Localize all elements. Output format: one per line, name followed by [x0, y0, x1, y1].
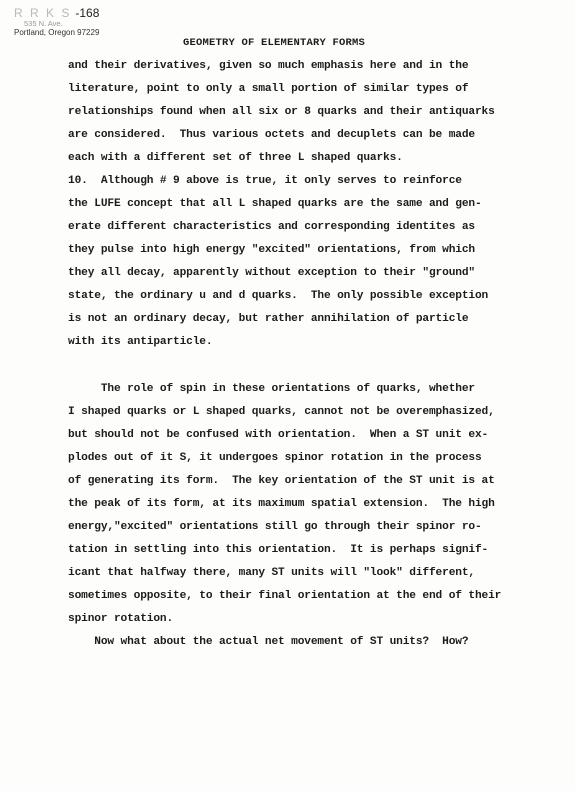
text-line: The role of spin in these orientations o… [68, 383, 475, 395]
text-line: erate different characteristics and corr… [68, 221, 475, 233]
text-line: sometimes opposite, to their final orien… [68, 590, 501, 602]
text-line: the peak of its form, at its maximum spa… [68, 498, 495, 510]
address-stamp: R R K S-168 535 N. Ave. Portland, Oregon… [14, 6, 99, 37]
stamp-line-1: R R K S-168 [14, 6, 99, 20]
text-line: they all decay, apparently without excep… [68, 267, 475, 279]
text-line: relationships found when all six or 8 qu… [68, 106, 495, 118]
stamp-line-2: 535 N. Ave. [14, 19, 99, 28]
text-line: energy,"excited" orientations still go t… [68, 521, 482, 533]
text-line: and their derivatives, given so much emp… [68, 60, 468, 72]
text-line: spinor rotation. [68, 613, 173, 625]
text-line: is not an ordinary decay, but rather ann… [68, 313, 468, 325]
text-line: plodes out of it S, it undergoes spinor … [68, 452, 482, 464]
text-line: of generating its form. The key orientat… [68, 475, 495, 487]
text-line: the LUFE concept that all L shaped quark… [68, 198, 482, 210]
text-line: they pulse into high energy "excited" or… [68, 244, 475, 256]
text-line: I shaped quarks or L shaped quarks, cann… [68, 406, 495, 418]
text-line: state, the ordinary u and d quarks. The … [68, 290, 488, 302]
text-line: literature, point to only a small portio… [68, 83, 468, 95]
text-line: each with a different set of three L sha… [68, 152, 403, 164]
text-line: icant that halfway there, many ST units … [68, 567, 475, 579]
page-title: GEOMETRY OF ELEMENTARY FORMS [183, 37, 365, 49]
text-line: 10. Although # 9 above is true, it only … [68, 175, 462, 187]
stamp-line-3: Portland, Oregon 97229 [14, 28, 99, 37]
text-line: but should not be confused with orientat… [68, 429, 488, 441]
text-line: tation in settling into this orientation… [68, 544, 488, 556]
text-line: are considered. Thus various octets and … [68, 129, 475, 141]
handwritten-page-number: -168 [75, 6, 99, 20]
text-line: Now what about the actual net movement o… [68, 636, 468, 648]
text-line: with its antiparticle. [68, 336, 212, 348]
